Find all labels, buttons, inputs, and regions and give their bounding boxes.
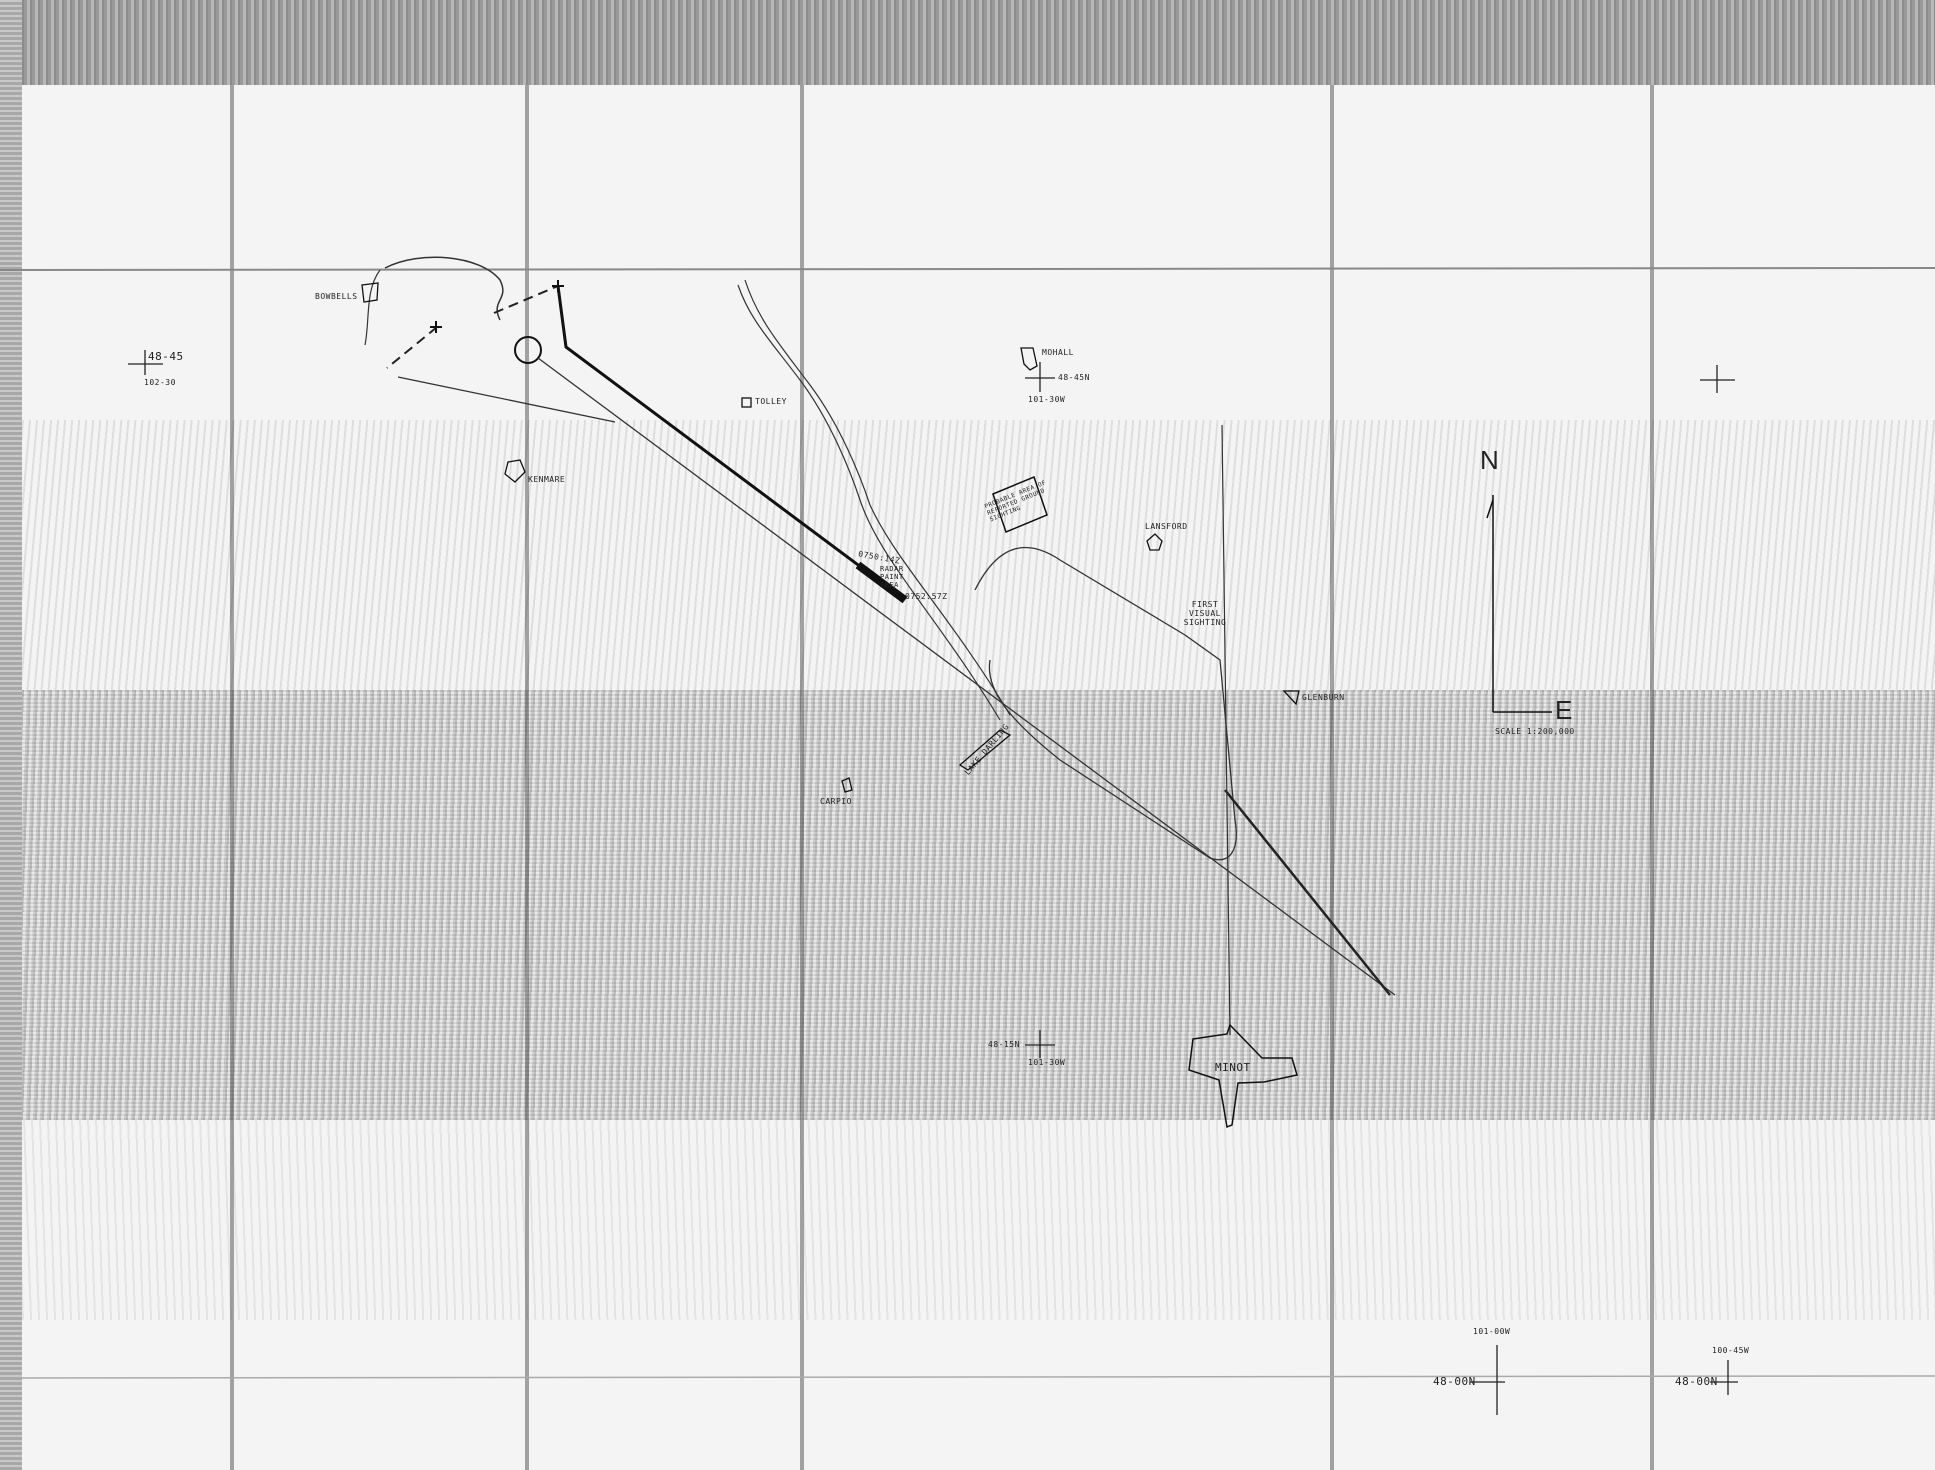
town-label-carpio: CARPIO	[820, 797, 852, 806]
grid-lon: 101-30W	[1028, 395, 1065, 404]
town-label-mohall: MOHALL	[1042, 348, 1074, 357]
radar-end-time: 0752:57Z	[905, 592, 948, 601]
town-label-glenburn: GLENBURN	[1302, 693, 1345, 702]
grid-lat: 48-00N	[1433, 1375, 1476, 1388]
grid-lon: 101-30W	[1028, 1058, 1065, 1067]
town-label-lansford: LANSFORD	[1145, 522, 1188, 531]
grid-lat: 48-00N	[1675, 1375, 1718, 1388]
first-visual-label: FIRST VISUAL SIGHTING	[1180, 600, 1230, 627]
grid-lat: 48-15N	[988, 1040, 1020, 1049]
radar-paint-label: RADAR PAINT AREA	[880, 565, 920, 589]
map-drawing	[0, 0, 1935, 1470]
grid-lon: 101-00W	[1473, 1327, 1510, 1336]
town-label-tolley: TOLLEY	[755, 397, 787, 406]
compass-east: E	[1555, 695, 1573, 726]
grid-lon: 100-45W	[1712, 1346, 1749, 1355]
grid-lat: 48-45	[148, 350, 184, 363]
grid-lat: 48-45N	[1058, 373, 1090, 382]
town-label-bowbells: BOWBELLS	[315, 292, 358, 301]
map-scale: SCALE 1:200,000	[1495, 727, 1575, 736]
grid-lon: 102-30	[144, 378, 176, 387]
compass-north: N	[1480, 445, 1499, 476]
town-label-minot: MINOT	[1215, 1061, 1251, 1074]
town-label-kenmare: KENMARE	[528, 475, 565, 484]
